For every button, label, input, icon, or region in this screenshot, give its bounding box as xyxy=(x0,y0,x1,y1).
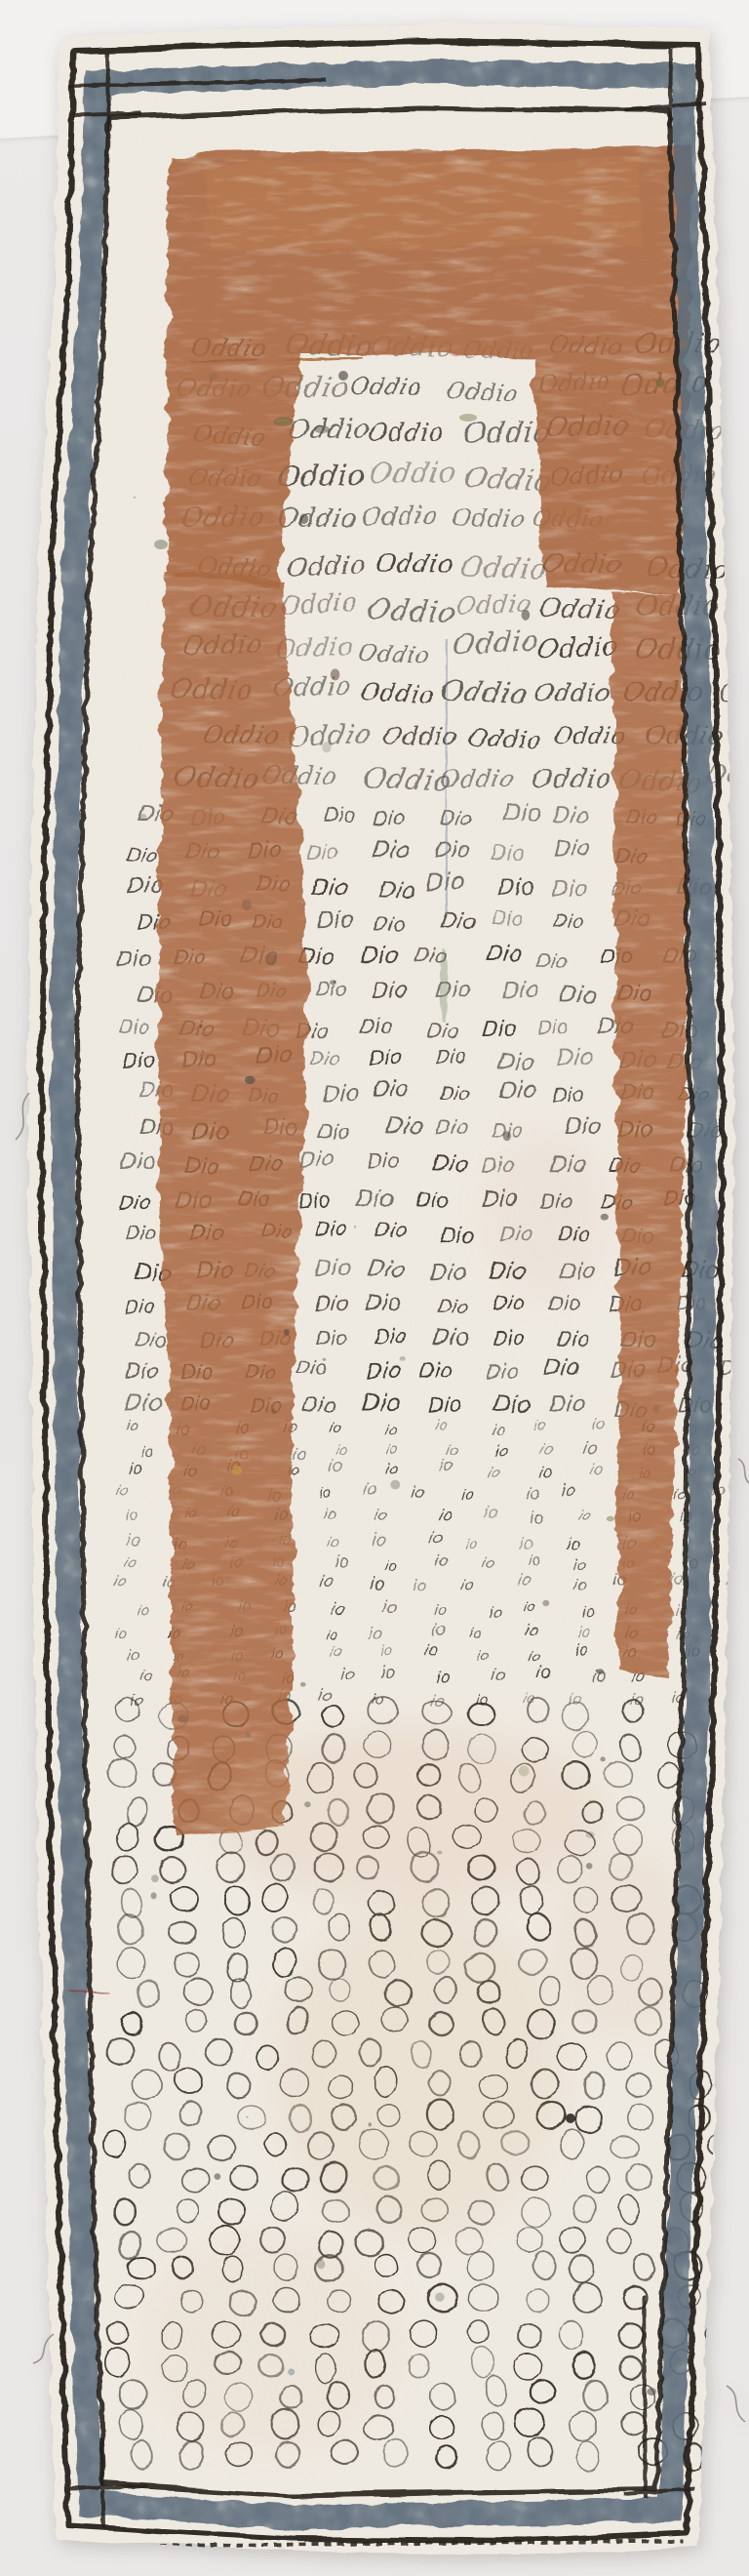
ink-stain xyxy=(597,1669,605,1674)
word-dio: Dio xyxy=(496,874,535,901)
word-io: io xyxy=(460,1576,475,1594)
ink-stain xyxy=(144,2167,148,2171)
word-io: io xyxy=(434,1418,449,1433)
word-dio: Dio xyxy=(430,1150,470,1177)
word-oddio: Oddio xyxy=(717,679,749,708)
ink-stain xyxy=(354,1226,356,1228)
word-io: io xyxy=(326,1534,341,1551)
ink-stain xyxy=(300,1682,306,1687)
word-io: io xyxy=(438,1457,454,1475)
word-dio: Dio xyxy=(300,1392,337,1418)
word-dio: Dio xyxy=(124,1358,161,1383)
ink-stain xyxy=(652,1404,659,1413)
word-dio: Dio xyxy=(125,844,160,868)
word-io: io xyxy=(434,1551,450,1569)
ink-stain xyxy=(460,845,465,850)
word-dio: Dio xyxy=(554,835,592,862)
word-io: io xyxy=(572,1576,588,1593)
word-oddio: Oddio xyxy=(279,587,359,622)
word-dio: Dio xyxy=(436,1297,469,1318)
ink-stain xyxy=(284,1329,290,1335)
word-oddio: Oddio xyxy=(720,466,749,501)
word-oddio: Oddio xyxy=(457,550,550,585)
word-io: io xyxy=(524,1600,536,1616)
word-io: io xyxy=(528,1553,540,1568)
word-io: io xyxy=(126,1646,140,1665)
word-io: io xyxy=(327,1457,344,1476)
word-oddio: Oddio xyxy=(450,504,528,534)
word-dio: Dio xyxy=(383,1111,425,1140)
ink-stain xyxy=(288,2368,295,2375)
word-io: io xyxy=(581,1604,596,1621)
word-dio: Dio xyxy=(534,949,570,974)
word-io: io xyxy=(433,1603,448,1619)
ink-stain xyxy=(369,2122,372,2126)
word-dio: Dio xyxy=(366,1358,402,1385)
word-dio: Dio xyxy=(435,1115,470,1140)
word-dio: Dio xyxy=(309,1049,341,1069)
word-io: io xyxy=(379,1663,396,1681)
word-dio: Dio xyxy=(124,1223,157,1245)
ink-stain xyxy=(245,1076,256,1084)
word-dio: Dio xyxy=(298,1188,332,1213)
word-dio: Dio xyxy=(126,872,164,900)
word-dio: Dio xyxy=(322,1081,360,1108)
word-dio: Dio xyxy=(551,1083,584,1107)
word-dio: Dio xyxy=(376,877,417,905)
word-dio: Dio xyxy=(315,1327,348,1349)
word-io: io xyxy=(292,1444,307,1464)
word-dio: Dio xyxy=(418,1358,453,1382)
ink-stain xyxy=(522,610,531,621)
word-dio: Dio xyxy=(366,1255,409,1284)
word-io: io xyxy=(475,1691,490,1710)
word-dio: Dio xyxy=(314,1217,348,1241)
word-dio: Dio xyxy=(115,947,152,972)
word-dio: Dio xyxy=(361,1389,403,1417)
word-dio: Dio xyxy=(439,1224,477,1249)
word-io: io xyxy=(537,1439,555,1458)
word-io: io xyxy=(581,1439,599,1459)
word-oddio: Oddio xyxy=(366,418,446,446)
word-dio: Dio xyxy=(555,1327,592,1351)
word-dio: Dio xyxy=(354,1185,396,1213)
word-dio: Dio xyxy=(124,1297,155,1319)
word-dio: Dio xyxy=(491,1389,532,1419)
word-io: io xyxy=(518,1534,534,1552)
ink-stain xyxy=(586,1863,593,1869)
word-dio: Dio xyxy=(296,1358,328,1379)
word-dio: Dio xyxy=(439,807,474,830)
word-io: io xyxy=(367,1625,383,1643)
word-dio: Dio xyxy=(369,1045,403,1070)
word-io: io xyxy=(560,1481,576,1500)
ink-stain xyxy=(317,2260,325,2270)
word-dio: Dio xyxy=(537,1018,569,1039)
word-io: io xyxy=(537,1463,553,1481)
word-io: io xyxy=(574,1640,589,1659)
ink-stain xyxy=(647,2388,656,2395)
ink-stain xyxy=(435,2293,445,2302)
word-dio: Dio xyxy=(118,1017,151,1038)
word-io: io xyxy=(140,1444,155,1460)
word-dio: Dio xyxy=(122,1048,156,1073)
word-oddio: Oddio xyxy=(536,593,623,625)
word-dio: Dio xyxy=(429,1260,467,1286)
word-dio: Dio xyxy=(552,911,585,933)
word-oddio: Oddio xyxy=(360,502,440,532)
word-io: io xyxy=(589,1461,605,1478)
word-dio: Dio xyxy=(134,1328,169,1351)
word-dio: Dio xyxy=(439,909,478,936)
word-dio: Dio xyxy=(490,841,526,865)
word-dio: Dio xyxy=(123,1389,165,1416)
word-io: io xyxy=(384,1423,399,1439)
word-oddio: Oddio xyxy=(286,550,368,584)
word-dio: Dio xyxy=(495,1050,536,1077)
word-dio: Dio xyxy=(485,1359,519,1384)
rust-top-streaks xyxy=(205,158,644,252)
word-io: io xyxy=(430,1620,447,1640)
word-dio: Dio xyxy=(481,1018,518,1042)
ink-stain xyxy=(242,900,252,910)
word-io: io xyxy=(493,1441,509,1461)
word-oddio: Oddio xyxy=(356,639,432,669)
word-io: io xyxy=(124,1556,138,1572)
word-io: io xyxy=(533,1419,548,1434)
word-oddio: Oddio xyxy=(465,723,544,754)
word-oddio: Oddio xyxy=(532,679,613,707)
word-io: io xyxy=(438,1506,454,1524)
word-io: io xyxy=(413,1578,427,1594)
word-io: io xyxy=(592,1415,607,1433)
ink-stain xyxy=(151,1874,159,1882)
word-io: io xyxy=(379,1643,393,1660)
ink-stain xyxy=(331,668,340,680)
word-oddio: Oddio xyxy=(451,624,540,662)
word-oddio: Oddio xyxy=(364,592,459,629)
word-io: io xyxy=(423,1640,439,1660)
word-dio: Dio xyxy=(373,806,406,830)
photo-background: OddioOddioOddioOddioOddioOddioOddioOddio… xyxy=(0,0,749,2576)
word-dio: Dio xyxy=(548,1391,586,1418)
word-oddio: Oddio xyxy=(275,503,360,534)
ink-stain xyxy=(266,953,277,966)
word-dio: Dio xyxy=(316,907,356,933)
ink-stain xyxy=(139,814,146,821)
word-dio: Dio xyxy=(492,1292,526,1314)
word-oddio: Oddio xyxy=(438,673,532,710)
word-io: io xyxy=(318,1570,334,1590)
word-dio: Dio xyxy=(359,1015,394,1039)
word-dio: Dio xyxy=(374,1218,409,1241)
word-io: io xyxy=(125,1508,138,1524)
word-dio: Dio xyxy=(360,942,401,969)
word-io: io xyxy=(339,1665,355,1684)
ink-stain xyxy=(586,1831,595,1838)
word-io: io xyxy=(322,1507,337,1523)
ink-stain xyxy=(576,2373,578,2375)
word-dio: Dio xyxy=(493,1326,525,1349)
word-io: io xyxy=(128,1459,143,1478)
word-io: io xyxy=(436,1668,452,1687)
word-io: io xyxy=(329,1643,343,1662)
word-oddio: Oddio xyxy=(380,722,460,751)
ink-stain xyxy=(200,1025,203,1028)
ink-stain xyxy=(177,1715,187,1723)
ink-stain xyxy=(246,1732,252,1738)
word-dio: Dio xyxy=(313,1256,352,1282)
word-io: io xyxy=(384,1461,399,1477)
word-dio: Dio xyxy=(555,1045,594,1071)
ink-stain xyxy=(246,2116,248,2118)
word-dio: Dio xyxy=(364,1291,402,1316)
ink-stain xyxy=(437,1851,442,1855)
word-io: io xyxy=(529,1509,544,1527)
word-dio: Dio xyxy=(374,1324,408,1348)
word-oddio: Oddio xyxy=(348,373,424,401)
word-dio: Dio xyxy=(323,804,357,826)
word-io: io xyxy=(725,1573,738,1590)
ink-stain xyxy=(400,1356,406,1361)
word-dio: Dio xyxy=(491,907,525,930)
word-dio: Dio xyxy=(414,1188,450,1212)
ink-stain xyxy=(601,1214,609,1221)
word-io: io xyxy=(136,1603,150,1619)
word-oddio: Oddio xyxy=(367,456,458,490)
word-dio: Dio xyxy=(372,978,410,1005)
ink-stain xyxy=(656,378,665,387)
word-dio: Dio xyxy=(541,1355,581,1381)
word-dio: Dio xyxy=(426,1020,460,1042)
word-oddio: Oddio xyxy=(530,764,614,794)
ink-stain xyxy=(304,1801,311,1807)
word-io: io xyxy=(126,1531,142,1550)
word-io: io xyxy=(492,1422,507,1439)
ink-stain xyxy=(542,1600,549,1606)
word-dio: Dio xyxy=(498,1077,537,1104)
ink-stain xyxy=(209,373,217,380)
word-io: io xyxy=(318,1485,332,1501)
artwork-photo: OddioOddioOddioOddioOddioOddioOddioOddio… xyxy=(0,0,749,2576)
word-io: io xyxy=(476,1648,489,1665)
ink-stain xyxy=(600,1756,605,1761)
ink-stain xyxy=(271,1408,276,1415)
word-dio: Dio xyxy=(309,875,350,902)
word-oddio: Oddio xyxy=(535,631,619,665)
word-oddio: Oddio xyxy=(444,377,521,408)
word-io: io xyxy=(568,1690,583,1708)
word-dio: Dio xyxy=(485,942,523,966)
word-io: io xyxy=(516,1571,533,1590)
word-io: io xyxy=(465,1537,479,1553)
word-dio: Dio xyxy=(564,1114,603,1140)
word-dio: Dio xyxy=(431,1325,471,1351)
word-io: io xyxy=(326,1629,338,1643)
word-io: io xyxy=(576,1624,592,1641)
ink-stain xyxy=(503,1131,511,1141)
ink-stain xyxy=(330,980,336,985)
word-io: io xyxy=(572,1557,587,1574)
word-dio: Dio xyxy=(428,1392,463,1418)
word-oddio: Oddio xyxy=(438,765,517,793)
word-oddio: Oddio xyxy=(454,588,532,620)
word-dio: Dio xyxy=(118,1191,151,1216)
word-dio: Dio xyxy=(373,912,407,936)
word-dio: Dio xyxy=(434,838,472,863)
word-dio: Dio xyxy=(372,1077,410,1102)
word-dio: Dio xyxy=(367,1149,400,1173)
word-oddio: Oddio xyxy=(358,677,438,709)
ink-stain xyxy=(323,1358,327,1361)
word-io: io xyxy=(460,1485,475,1504)
word-dio: Dio xyxy=(314,1292,350,1317)
word-dio: Dio xyxy=(316,1120,352,1145)
word-dio: Dio xyxy=(501,977,539,1004)
word-oddio: Oddio xyxy=(374,549,455,579)
ink-stain xyxy=(299,513,308,524)
word-io: io xyxy=(524,1621,540,1639)
word-io: io xyxy=(490,1666,506,1684)
ink-stain xyxy=(519,1766,530,1777)
word-dio: Dio xyxy=(501,799,543,826)
ink-stain xyxy=(134,497,137,499)
word-dio: Dio xyxy=(371,835,413,864)
ink-stain xyxy=(607,1516,614,1522)
ink-stain xyxy=(151,1892,157,1899)
word-dio: Dio xyxy=(551,803,591,829)
word-io: io xyxy=(410,1483,426,1502)
word-dio: Dio xyxy=(557,981,599,1009)
word-dio: Dio xyxy=(425,867,465,897)
word-io: io xyxy=(385,1442,399,1458)
word-dio: Dio xyxy=(305,841,340,865)
word-dio: Dio xyxy=(551,876,589,903)
ink-stain xyxy=(390,1480,400,1490)
word-io: io xyxy=(535,1662,552,1681)
rust-left-band xyxy=(157,571,306,1834)
ink-stain xyxy=(215,2173,221,2180)
word-io: io xyxy=(489,1604,504,1622)
word-dio: Dio xyxy=(298,1147,335,1173)
word-dio: Dio xyxy=(435,1045,467,1068)
word-dio: Dio xyxy=(119,1148,157,1175)
ink-stain xyxy=(322,742,331,752)
word-dio: Dio xyxy=(438,1084,471,1106)
